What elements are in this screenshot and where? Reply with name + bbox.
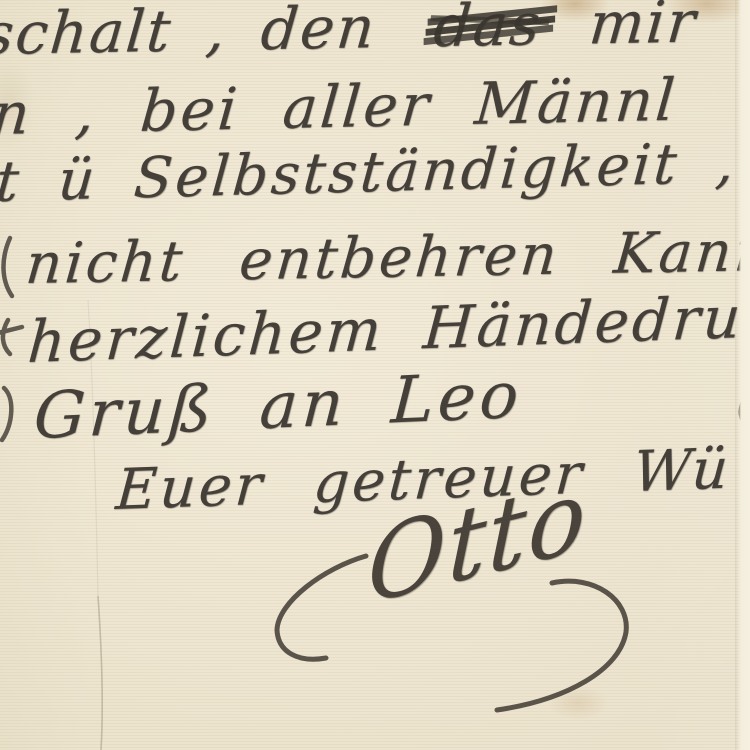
strikethrough-word: das <box>431 0 544 60</box>
cut-letter-fragment <box>3 320 10 354</box>
cut-letter-fragment <box>0 327 22 333</box>
letter-scan: schalt , dendasmir n , bei aller Männl t… <box>0 0 750 750</box>
line1-text-before: schalt , den <box>0 0 379 68</box>
paper-edge-highlight <box>735 0 750 750</box>
cut-letter-fragment <box>2 388 11 440</box>
handwriting-line-1: schalt , dendasmir <box>0 0 700 68</box>
paper-stain <box>548 686 608 720</box>
signature-flourish-left <box>277 556 366 659</box>
signature-flourish-right <box>497 581 626 710</box>
cut-letter-fragment <box>3 238 12 296</box>
word-gap <box>374 46 432 47</box>
word-gap <box>540 43 588 44</box>
paper-crease <box>98 596 102 750</box>
handwriting-line-4: nicht entbehren Kann <box>23 219 750 297</box>
line1-text-after: mir <box>587 0 700 57</box>
line4-text: nicht entbehren Kann <box>23 219 750 297</box>
